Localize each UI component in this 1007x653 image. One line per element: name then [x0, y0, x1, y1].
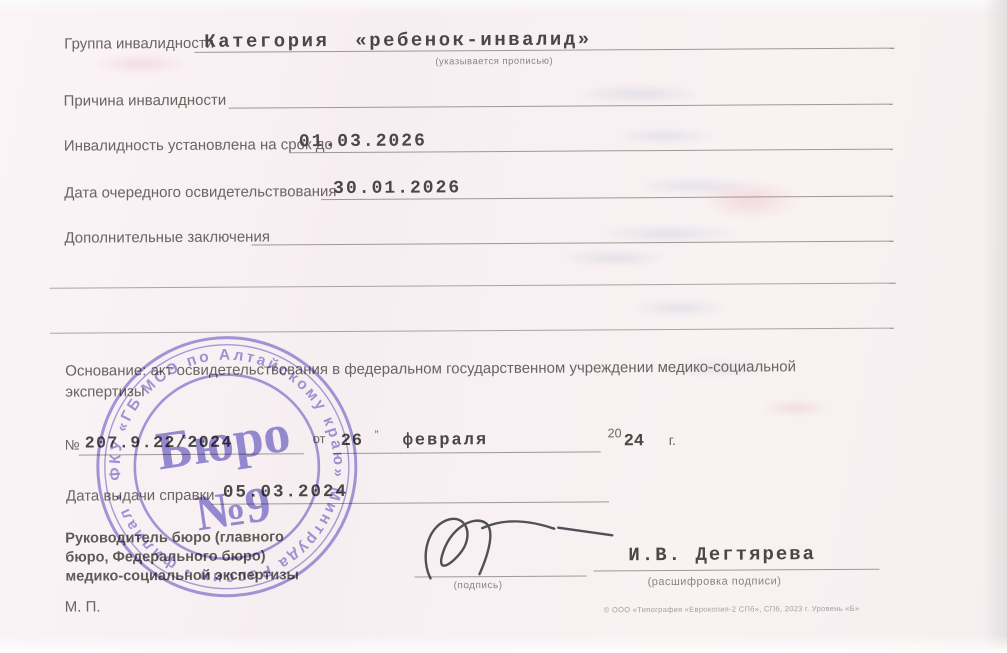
- term-value: 01.03.2026: [299, 131, 427, 152]
- next-exam-value: 30.01.2026: [333, 178, 461, 199]
- document-content: Группа инвалидности Категория «ребенок-и…: [0, 0, 1007, 653]
- signer-caption: (расшифровка подписи): [648, 575, 782, 588]
- next-exam-label: Дата очередного освидетельствования: [64, 183, 336, 202]
- rule-line: [50, 328, 894, 334]
- scan-edge: [983, 0, 1007, 653]
- scan-edge: [0, 635, 1007, 653]
- handwritten-signature: [416, 511, 626, 590]
- stamp-center-line1: Бюро: [153, 403, 294, 482]
- group-label: Группа инвалидности: [64, 35, 214, 53]
- printing-house-note: © ООО «Типография «Еврокопия-2 СПб», СПб…: [604, 604, 860, 615]
- signer-name-rule: [593, 569, 879, 572]
- rule-line: [333, 451, 601, 454]
- seal-place-label: М. П.: [65, 598, 101, 615]
- act-number-sign: №: [65, 437, 80, 453]
- act-century-preprint: 20: [608, 426, 622, 440]
- cause-label: Причина инвалидности: [64, 92, 227, 110]
- group-hint: (указывается прописью): [435, 56, 553, 68]
- signer-name: И.В. Дегтярева: [628, 543, 816, 566]
- rule-line: [251, 241, 893, 246]
- stamp-center-line2: №9: [192, 475, 275, 541]
- scanned-certificate: Группа инвалидности Категория «ребенок-и…: [0, 0, 1007, 653]
- additional-label: Дополнительные заключения: [64, 228, 270, 246]
- act-quote-mark: ”: [375, 428, 379, 442]
- bureau-round-stamp: ФКУ «ГБ МСЭ по Алтайскому краю» Минтруда…: [72, 311, 381, 622]
- act-month-value: февраля: [403, 431, 489, 451]
- act-year-suffix: г.: [669, 432, 676, 448]
- act-year-value: 24: [624, 432, 645, 451]
- group-value: Категория «ребенок-инвалид»: [204, 28, 591, 52]
- rule-line: [229, 104, 893, 109]
- rule-line: [50, 283, 896, 289]
- scan-edge: [0, 0, 1007, 14]
